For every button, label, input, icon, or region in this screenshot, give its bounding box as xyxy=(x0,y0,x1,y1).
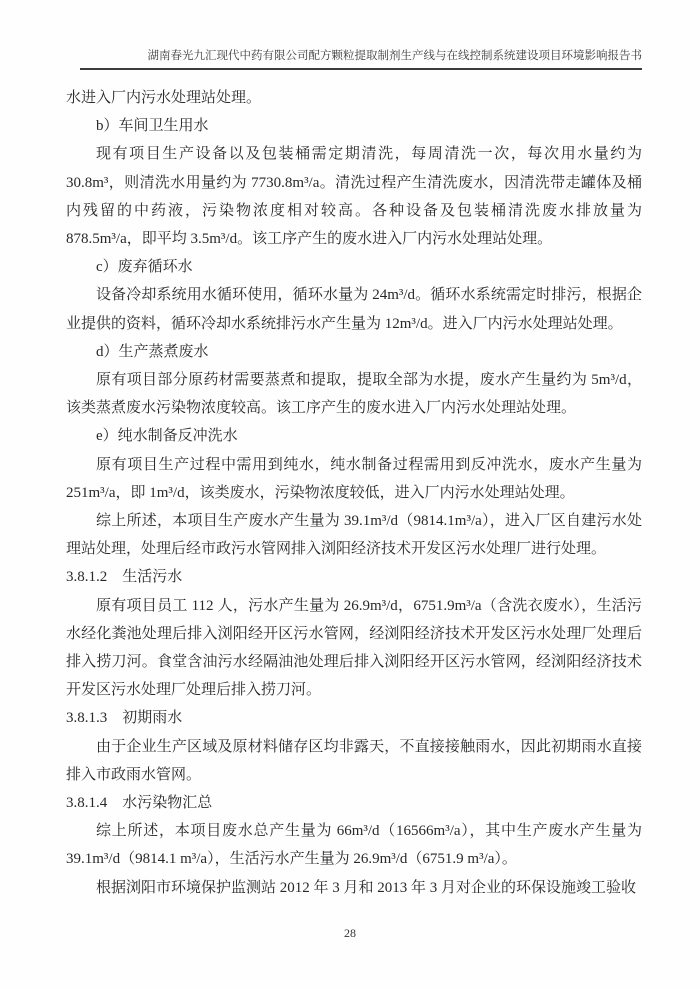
document-body: 水进入厂内污水处理站处理。 b）车间卫生用水 现有项目生产设备以及包装桶需定期清… xyxy=(66,84,642,902)
section-heading-3-8-1-4: 3.8.1.4 水污染物汇总 xyxy=(66,789,642,817)
section-heading-3-8-1-3: 3.8.1.3 初期雨水 xyxy=(66,704,642,732)
subitem-heading-c: c）废弃循环水 xyxy=(66,253,642,281)
paragraph: 由于企业生产区域及原材料储存区均非露天，不直接接触雨水，因此初期雨水直接排入市政… xyxy=(66,733,642,789)
page-number: 28 xyxy=(0,926,700,941)
paragraph-summary-total-wastewater: 综上所述，本项目废水总产生量为 66m³/d（16566m³/a），其中生产废水… xyxy=(66,817,642,873)
subitem-heading-b: b）车间卫生用水 xyxy=(66,112,642,140)
paragraph-continuation: 水进入厂内污水处理站处理。 xyxy=(66,84,642,112)
subitem-heading-d: d）生产蒸煮废水 xyxy=(66,338,642,366)
header-divider-rule xyxy=(80,68,642,70)
document-page: 湖南春光九汇现代中药有限公司配方颗粒提取制剂生产线与在线控制系统建设项目环境影响… xyxy=(0,0,700,989)
paragraph: 原有项目员工 112 人，污水产生量为 26.9m³/d，6751.9m³/a（… xyxy=(66,592,642,705)
paragraph-summary-production-wastewater: 综上所述，本项目生产废水产生量为 39.1m³/d（9814.1m³/a），进入… xyxy=(66,507,642,563)
paragraph: 原有项目生产过程中需用到纯水，纯水制备过程需用到反冲洗水，废水产生量为 251m… xyxy=(66,451,642,507)
page-header-title: 湖南春光九汇现代中药有限公司配方颗粒提取制剂生产线与在线控制系统建设项目环境影响… xyxy=(80,47,642,63)
paragraph: 设备冷却系统用水循环使用，循环水量为 24m³/d。循环水系统需定时排污，根据企… xyxy=(66,281,642,337)
paragraph-truncated-last: 根据浏阳市环境保护监测站 2012 年 3 月和 2013 年 3 月对企业的环… xyxy=(66,874,642,902)
paragraph: 现有项目生产设备以及包装桶需定期清洗，每周清洗一次，每次用水量约为 30.8m³… xyxy=(66,140,642,253)
section-heading-3-8-1-2: 3.8.1.2 生活污水 xyxy=(66,563,642,591)
subitem-heading-e: e）纯水制备反冲洗水 xyxy=(66,422,642,450)
paragraph: 原有项目部分原药材需要蒸煮和提取，提取全部为水提，废水产生量约为 5m³/d，该… xyxy=(66,366,642,422)
